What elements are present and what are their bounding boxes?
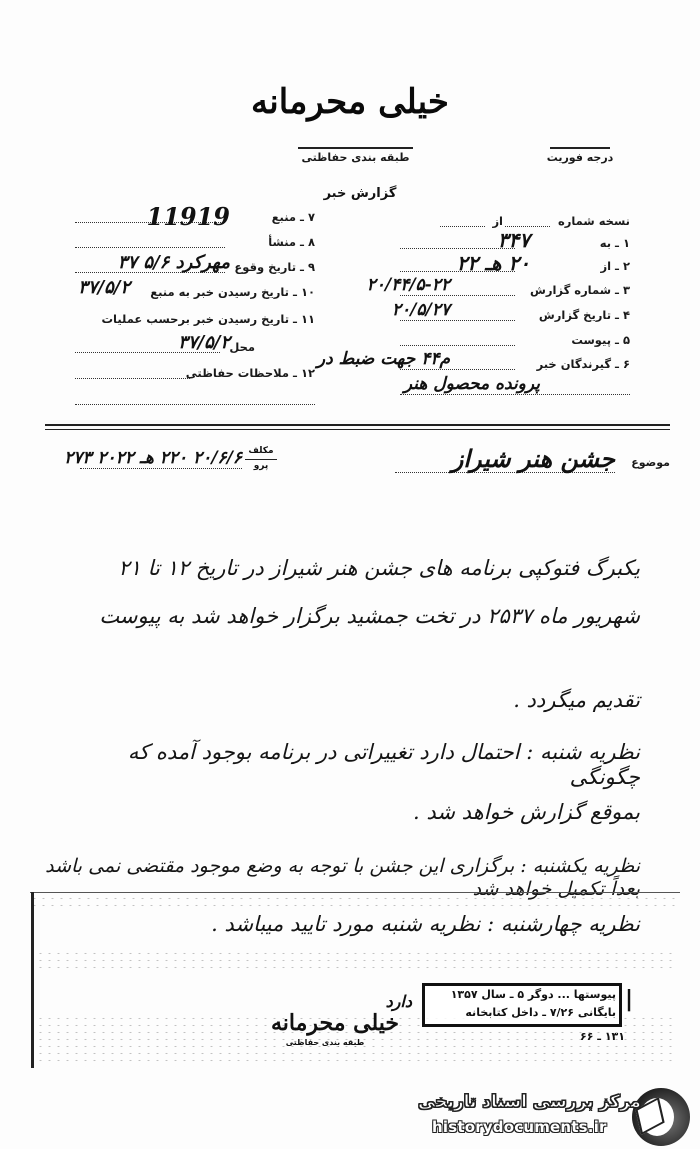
reference-fraction-line xyxy=(245,459,277,460)
stamp-line-2: بایگانی ۷/۲۶ ـ داخل کتابخانه xyxy=(428,1006,616,1019)
dashed-border-left xyxy=(31,892,34,1068)
body-line: تقدیم میگردد . xyxy=(240,688,640,713)
field-value: پرونده محصول هنر xyxy=(340,374,540,394)
stamp-line-1: پیوستها ... دوگر ۵ ـ سال ۱۳۵۷ xyxy=(428,988,616,1001)
classification-label: طبقه بندی حفاظتی xyxy=(298,151,413,164)
body-line: یکبرگ فتوکپی برنامه های جشن هنر شیراز در… xyxy=(60,556,640,581)
reference-label-bottom: پرو xyxy=(245,461,277,471)
reference-value: ۲۰/۶/۶ ۲۲۰ هـ ۲۰۲۲ ۲۷۳ xyxy=(60,448,242,468)
copy-number-dots xyxy=(505,226,550,227)
field-value: ۳۴۷ xyxy=(420,228,530,252)
priority-label: درجه فوریت xyxy=(545,151,615,164)
body-line: شهریور ماه ۲۵۳۷ در تخت جمشید برگزار خواه… xyxy=(60,604,640,629)
field-dots xyxy=(400,345,515,346)
field-label: ۳ ـ شماره گزارش xyxy=(520,283,630,297)
field-label: ۱ ـ به xyxy=(520,236,630,250)
field-dots xyxy=(400,295,515,296)
stamp-signature: دارد xyxy=(362,992,412,1011)
field-dots xyxy=(400,369,515,370)
speckle-band-top xyxy=(30,895,680,909)
separator-line-2 xyxy=(45,429,670,430)
field-dots xyxy=(400,394,630,395)
separator-line xyxy=(45,424,670,426)
reference-dots xyxy=(80,468,242,469)
field-dots xyxy=(75,378,190,379)
body-line: نظریه چهارشنبه : نظریه شنبه مورد تایید م… xyxy=(60,912,640,937)
field-value: ۲۰/۵/۲۷ xyxy=(340,300,450,320)
field-value: 11919 xyxy=(80,202,230,231)
document-title: خیلی محرمانه xyxy=(0,82,700,122)
field-value: ۲۰/۴۴/۵-۲۲ xyxy=(340,275,450,295)
watermark-site: historydocuments.ir xyxy=(432,1118,607,1136)
copy-number-label: نسخه شماره xyxy=(555,214,630,228)
stamp-bracket-mark: | xyxy=(625,987,633,1012)
form-title: گزارش خبر xyxy=(290,186,430,201)
copy-of-dots xyxy=(440,226,485,227)
field-label: ۱۲ ـ ملاحظات حفاظتی xyxy=(205,366,315,380)
field-label: ۴ ـ تاریخ گزارش xyxy=(520,308,630,322)
field-value: م۴۴ جهت ضبط در xyxy=(340,349,450,369)
subject-value: جشن هنر شیراز xyxy=(395,444,615,473)
reference-label-top: مکلف xyxy=(245,446,277,456)
field-value: ۳۷/۵/۲ xyxy=(40,277,130,298)
field-dots xyxy=(75,404,315,405)
speckle-band-mid xyxy=(36,950,676,970)
field-label: ۶ ـ گیرندگان خبر xyxy=(520,357,630,371)
field-value: ۲۰ هـ ۲۲ xyxy=(420,251,530,275)
dashed-border-top xyxy=(30,892,680,893)
body-line: بموقع گزارش خواهد شد . xyxy=(40,800,640,825)
field-label: ۱۰ ـ تاریخ رسیدن خبر به منبع xyxy=(135,285,315,299)
footer-confidential-stamp: خیلی محرمانه xyxy=(265,1010,405,1036)
body-line: نظریه یکشنبه : برگزاری این جشن با توجه ب… xyxy=(40,855,640,901)
footer-classification-label: طبقه بندی حفاظتی xyxy=(275,1038,375,1047)
body-line: نظریه شنبه : احتمال دارد تغییراتی در برن… xyxy=(80,740,640,790)
field-label: ۱۱ ـ تاریخ رسیدن خبر برحسب عملیات xyxy=(135,312,315,326)
priority-rule xyxy=(550,147,610,149)
field-label: ۲ ـ از xyxy=(520,259,630,273)
field-dots xyxy=(75,247,225,248)
classification-rule xyxy=(298,147,413,149)
scanned-document-page: خیلی محرمانه طبقه بندی حفاظتی درجه فوریت… xyxy=(0,0,700,1149)
form-code: ۱۳۱ ـ ۶۶ xyxy=(565,1030,625,1043)
field-label: ۵ ـ پیوست xyxy=(520,333,630,347)
field-dots xyxy=(400,320,515,321)
watermark-org-name: مرکز بررسی اسناد تاریخی xyxy=(418,1092,641,1112)
copy-of-label: از xyxy=(487,214,503,228)
field-value: مهرکرد ۵/۶ ۳۷ xyxy=(80,252,230,273)
field-value: ۳۷/۵/۲ xyxy=(80,332,230,353)
subject-label: موضوع xyxy=(620,456,670,469)
